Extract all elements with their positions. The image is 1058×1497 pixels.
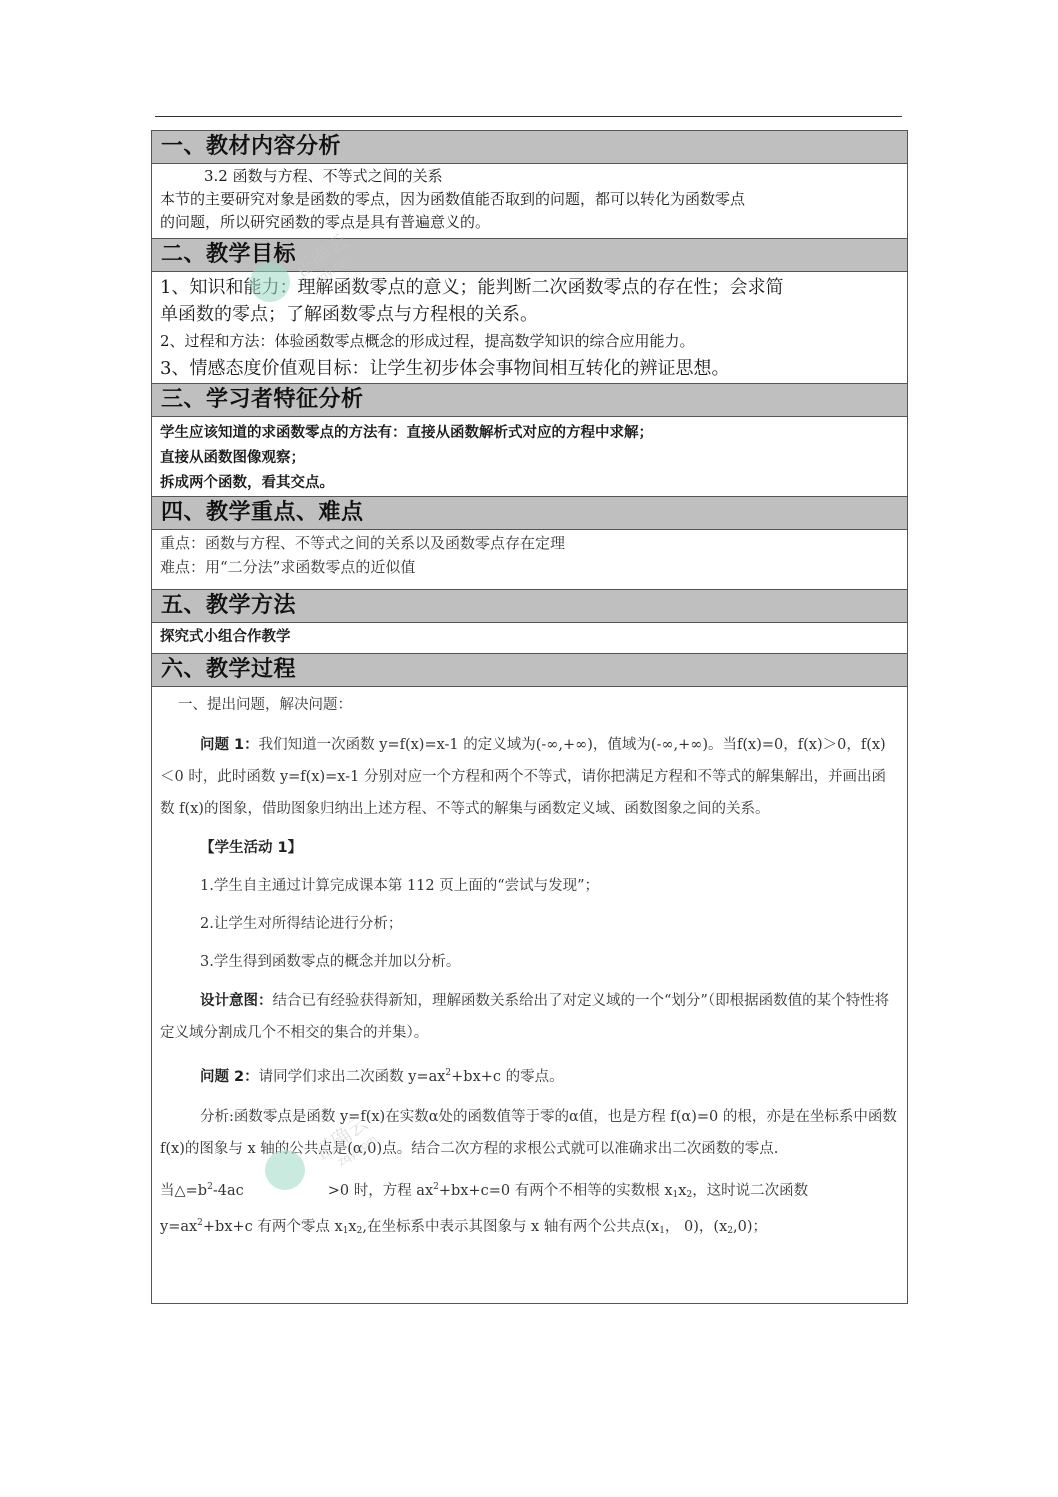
- text: y=ax: [160, 1219, 197, 1235]
- delta-paragraph: 当△=b2-4ac>0 时，方程 ax2+bx+c=0 有两个不相等的实数根 x…: [160, 1173, 899, 1245]
- design-intent: 设计意图：结合已有经验获得新知，理解函数关系给出了对定义域的一个“划分”（即根据…: [160, 985, 899, 1049]
- text: ,在坐标系中表示其图象与 x 轴有两个公共点(x: [362, 1219, 659, 1235]
- method-line: 探究式小组合作教学: [160, 623, 899, 651]
- key-point-line: 重点：函数与方程、不等式之间的关系以及函数零点存在定理: [160, 531, 899, 555]
- text-line: 的问题，所以研究函数的零点是具有普遍意义的。: [160, 211, 899, 234]
- process-subheading: 一、提出问题，解决问题：: [160, 687, 899, 717]
- text: ,0)；: [733, 1219, 767, 1235]
- activity-item: 2.让学生对所得结论进行分析；: [160, 909, 899, 939]
- activity-item: 3.学生得到函数零点的概念并加以分析。: [160, 947, 899, 977]
- question-1-label: 问题 1：: [200, 737, 259, 753]
- section-body-content-analysis: 3.2 函数与方程、不等式之间的关系 本节的主要研究对象是函数的零点，因为函数值…: [152, 164, 907, 239]
- section-heading-key-points: 四、教学重点、难点: [152, 497, 907, 530]
- difficulty-line: 难点：用“二分法”求函数零点的近似值: [160, 555, 899, 579]
- text: ， 0)，(x: [665, 1219, 727, 1235]
- question-2-label: 问题 2：: [200, 1069, 259, 1085]
- learner-line: 直接从函数图像观察；: [160, 446, 899, 471]
- section-body-process: 一、提出问题，解决问题： 问题 1：我们知道一次函数 y=f(x)=x-1 的定…: [152, 687, 907, 1303]
- analysis-paragraph: 分析:函数零点是函数 y=f(x)在实数α处的函数值等于零的α值，也是方程 f(…: [160, 1101, 899, 1165]
- text: +bx+c 有两个零点 x: [203, 1219, 343, 1235]
- activity-item: 1.学生自主通过计算完成课本第 112 页上面的“尝试与发现”；: [160, 871, 899, 901]
- text: >0 时，方程 ax: [328, 1183, 433, 1199]
- section-body-objectives: 1、知识和能力：理解函数零点的意义；能判断二次函数零点的存在性；会求简 单函数的…: [152, 272, 907, 384]
- question-2-text: 请同学们求出二次函数 y=ax: [259, 1069, 446, 1085]
- question-1-text: 我们知道一次函数 y=f(x)=x-1 的定义域为(-∞,+∞)，值域为(-∞,…: [160, 737, 886, 817]
- section-body-key-points: 重点：函数与方程、不等式之间的关系以及函数零点存在定理 难点：用“二分法”求函数…: [152, 530, 907, 590]
- objective-line: 2、过程和方法：体验函数零点概念的形成过程，提高数学知识的综合应用能力。: [160, 328, 899, 355]
- objective-line: 单函数的零点；了解函数零点与方程根的关系。: [160, 301, 899, 328]
- text: -4ac: [213, 1183, 244, 1199]
- objective-line: 1、知识和能力：理解函数零点的意义；能判断二次函数零点的存在性；会求简: [160, 274, 899, 301]
- section-title-line: 3.2 函数与方程、不等式之间的关系: [160, 165, 899, 188]
- question-2-text: +bx+c 的零点。: [451, 1069, 564, 1085]
- text-line: 本节的主要研究对象是函数的零点，因为函数值能否取到的问题，都可以转化为函数零点: [160, 188, 899, 211]
- activity-title: 【学生活动 1】: [160, 833, 899, 863]
- section-heading-methods: 五、教学方法: [152, 590, 907, 623]
- question-1: 问题 1：我们知道一次函数 y=f(x)=x-1 的定义域为(-∞,+∞)，值域…: [160, 729, 899, 825]
- learner-line: 拆成两个函数，看其交点。: [160, 471, 899, 496]
- text: +bx+c=0 有两个不相等的实数根 x: [439, 1183, 673, 1199]
- header-rule: [155, 116, 902, 117]
- question-2: 问题 2：请同学们求出二次函数 y=ax2+bx+c 的零点。: [160, 1057, 899, 1093]
- section-body-learner-analysis: 学生应该知道的求函数零点的方法有：直接从函数解析式对应的方程中求解； 直接从函数…: [152, 417, 907, 497]
- learner-line: 学生应该知道的求函数零点的方法有：直接从函数解析式对应的方程中求解；: [160, 421, 899, 446]
- section-heading-process: 六、教学过程: [152, 654, 907, 687]
- section-heading-objectives: 二、教学目标: [152, 239, 907, 272]
- lesson-plan-table: 一、教材内容分析 3.2 函数与方程、不等式之间的关系 本节的主要研究对象是函数…: [151, 130, 908, 1304]
- text: x: [348, 1219, 356, 1235]
- section-body-methods: 探究式小组合作教学: [152, 623, 907, 654]
- section-heading-content-analysis: 一、教材内容分析: [152, 131, 907, 164]
- section-heading-learner-analysis: 三、学习者特征分析: [152, 384, 907, 417]
- design-intent-label: 设计意图：: [200, 993, 273, 1009]
- text: 当△=b: [160, 1183, 207, 1199]
- objective-line: 3、情感态度价值观目标：让学生初步体会事物间相互转化的辨证思想。: [160, 355, 899, 382]
- text: ，这时说二次函数: [692, 1183, 808, 1199]
